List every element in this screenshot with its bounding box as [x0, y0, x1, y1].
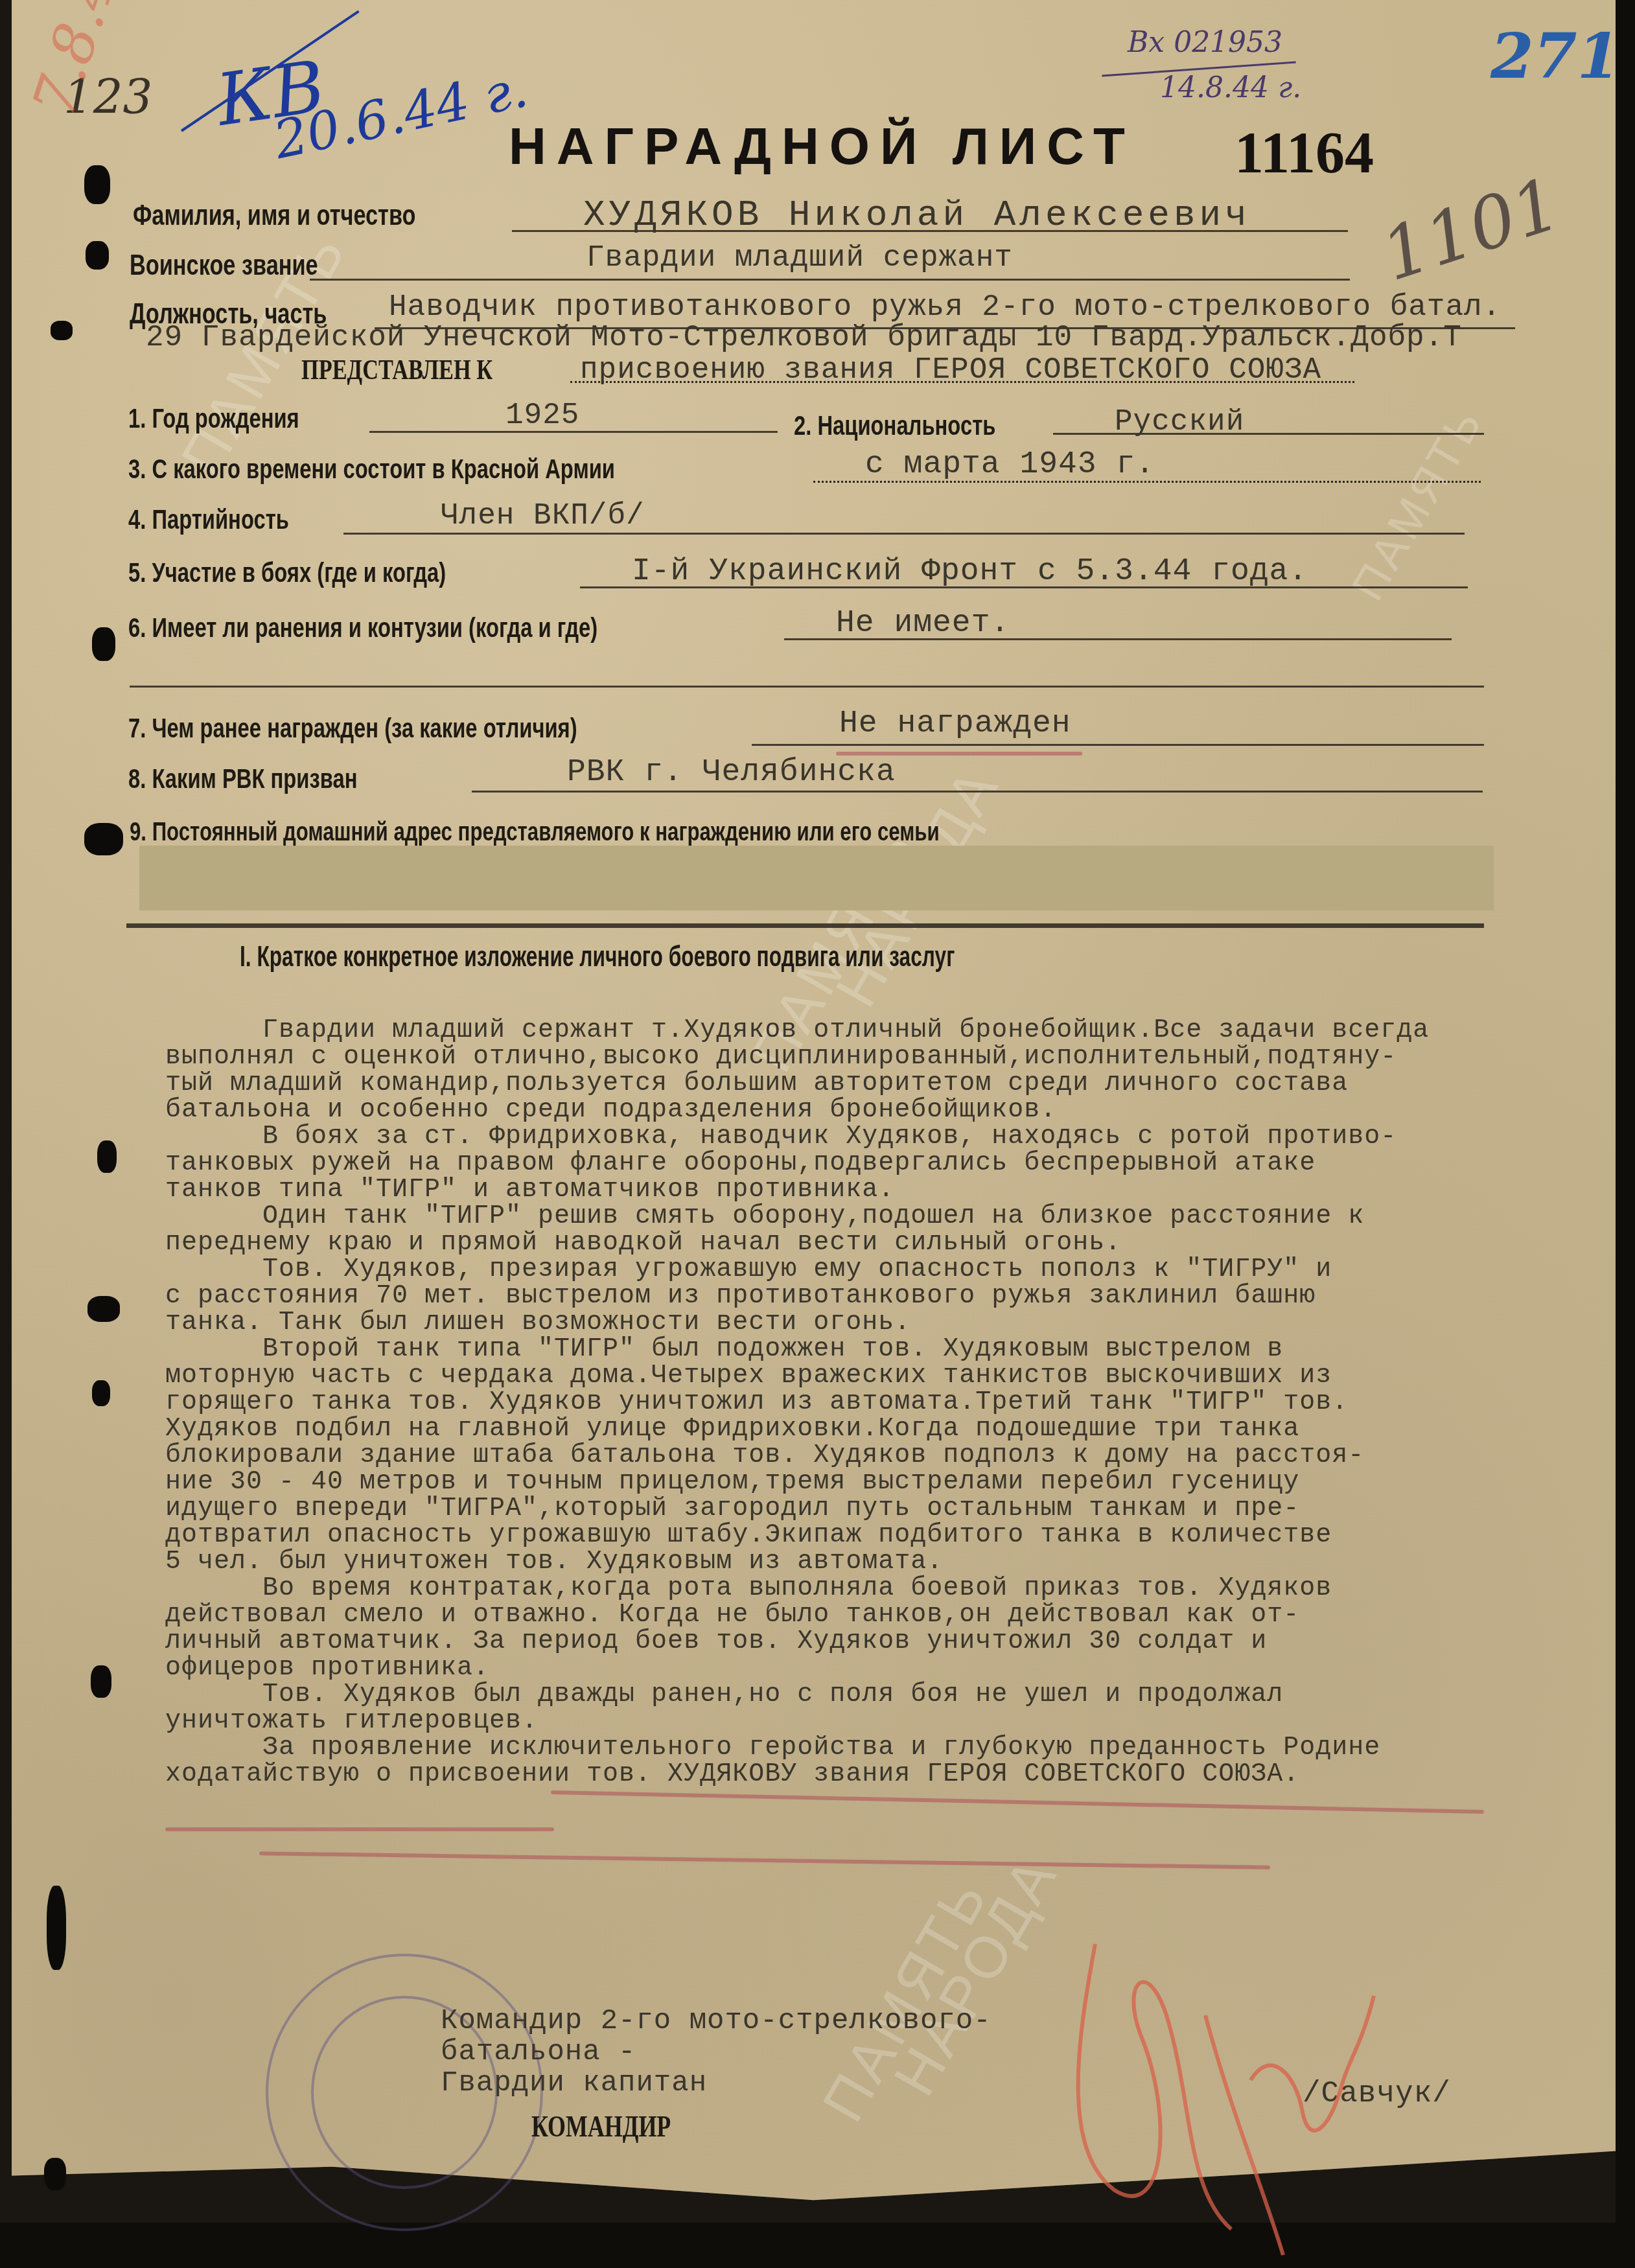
- item-1-value: 1925: [505, 399, 579, 432]
- item-6-label: 6. Имеет ли ранения и контузии (когда и …: [128, 612, 597, 643]
- narrative-line: 5 чел. был уничтожен тов. Худяковым из а…: [165, 1549, 1429, 1575]
- folio-number: 271: [1490, 19, 1620, 93]
- item-8-value: РВК г. Челябинска: [567, 755, 896, 790]
- narrative-line: тый младший командир,пользуется большим …: [165, 1070, 1429, 1097]
- underline: [310, 279, 1350, 281]
- narrative-line: танков типа "ТИГР" и автоматчиков против…: [165, 1177, 1429, 1203]
- narrative-line: переднему краю и прямой наводкой начал в…: [165, 1230, 1429, 1256]
- narrative-line: танка. Танк был лишен возможности вести …: [165, 1310, 1429, 1336]
- binding-hole: [92, 1380, 110, 1406]
- binding-hole: [87, 1296, 120, 1322]
- underline: [752, 744, 1484, 746]
- narrative-line: Худяков подбил на главной улице Фридрихо…: [165, 1416, 1429, 1442]
- nominated-value: присвоению звания ГЕРОЯ СОВЕТСКОГО СОЮЗА: [580, 353, 1321, 387]
- narrative-line: офицеров противника.: [165, 1655, 1429, 1682]
- narrative-line: ние 30 - 40 метров и точным прицелом,тре…: [165, 1469, 1429, 1496]
- item-4-label: 4. Партийность: [128, 504, 289, 535]
- item-3-label: 3. С какого времени состоит в Красной Ар…: [128, 454, 615, 485]
- binding-hole: [84, 823, 123, 855]
- full-name-label: Фамилия, имя и отчество: [133, 200, 416, 232]
- item-8-label: 8. Каким РВК призван: [128, 763, 357, 794]
- narrative-line: блокировали здание штаба батальона тов. …: [165, 1442, 1429, 1469]
- binding-hole: [91, 1665, 111, 1698]
- scan-border-right: [1616, 0, 1635, 2268]
- item-2-value: Русский: [1115, 405, 1244, 439]
- narrative-line: Один танк "ТИГР" решив смять оборону,под…: [165, 1203, 1429, 1230]
- redacted-address: [139, 846, 1494, 910]
- document-number: 11164: [1235, 120, 1374, 187]
- red-underline: [165, 1827, 554, 1831]
- narrative-line: дотвратил опасность угрожавшую штабу.Эки…: [165, 1522, 1429, 1549]
- rank-label: Воинское звание: [130, 249, 318, 282]
- narrative-line: В боях за ст. Фридриховка, наводчик Худя…: [165, 1124, 1429, 1150]
- item-7-value: Не награжден: [839, 706, 1071, 741]
- section-divider: [126, 923, 1484, 928]
- narrative-line: танковых ружей на правом фланге обороны,…: [165, 1150, 1429, 1177]
- nominated-label: ПРЕДСТАВЛЕН К: [301, 353, 493, 386]
- narrative-line: с расстояния 70 мет. выстрелом из против…: [165, 1283, 1429, 1310]
- section-heading: I. Краткое конкретное изложение личного …: [240, 941, 955, 973]
- signatory-title: Командир 2-го мото-стрелкового- батальон…: [441, 2006, 991, 2099]
- incoming-number: Вх 021953: [1128, 26, 1282, 59]
- underline: [130, 686, 1484, 688]
- rank-value: Гвардии младший сержант: [586, 241, 1013, 275]
- item-5-value: I-й Украинский Фронт с 5.3.44 года.: [632, 554, 1308, 589]
- item-3-value: с марта 1943 г.: [865, 447, 1155, 482]
- narrative-line: ходатайствую о присвоении тов. ХУДЯКОВУ …: [165, 1761, 1429, 1788]
- binding-hole: [51, 321, 73, 340]
- binding-hole: [47, 1886, 66, 1970]
- narrative-line: моторную часть с чердака дома.Четырех вр…: [165, 1363, 1429, 1389]
- narrative-line: Во время контратак,когда рота выполняла …: [165, 1575, 1429, 1602]
- narrative-line: личный автоматчик. За период боев тов. Х…: [165, 1628, 1429, 1655]
- narrative-line: Тов. Худяков был дважды ранен,но с поля …: [165, 1682, 1429, 1708]
- narrative-line: идущего впереди "ТИГРА",который загороди…: [165, 1496, 1429, 1522]
- binding-hole: [44, 2158, 66, 2190]
- narrative-line: батальона и особенно среди подразделения…: [165, 1097, 1429, 1124]
- item-6-value: Не имеет.: [836, 606, 1010, 641]
- full-name-value: ХУДЯКОВ Николай Алексеевич: [583, 194, 1251, 236]
- position-value-line2: 29 Гвардейской Унечской Мото-Стрелковой …: [146, 321, 1462, 354]
- incoming-date: 14.8.44 г.: [1160, 71, 1301, 104]
- binding-hole: [92, 627, 115, 661]
- red-signature: [1037, 1918, 1426, 2268]
- item-9-label: 9. Постоянный домашний адрес представляе…: [130, 818, 940, 847]
- binding-hole: [86, 241, 109, 270]
- document-title: НАГРАДНОЙ ЛИСТ: [509, 117, 1135, 176]
- position-value-line1: Наводчик противотанкового ружья 2-го мот…: [389, 290, 1501, 324]
- narrative-line: уничтожать гитлеровцев.: [165, 1708, 1429, 1735]
- underline: [343, 533, 1465, 535]
- item-4-value: Член ВКП/б/: [441, 499, 645, 533]
- binding-hole: [84, 165, 110, 204]
- item-5-label: 5. Участие в боях (где и когда): [128, 557, 446, 588]
- item-1-label: 1. Год рождения: [128, 403, 299, 434]
- item-7-label: 7. Чем ранее награжден (за какие отличия…: [128, 713, 577, 744]
- narrative-text: Гвардии младший сержант т.Худяков отличн…: [165, 1017, 1429, 1788]
- underline: [472, 791, 1483, 793]
- narrative-line: выполнял с оценкой отлично,высоко дисцип…: [165, 1044, 1429, 1070]
- narrative-line: Второй танк типа "ТИГР" был подожжен тов…: [165, 1336, 1429, 1363]
- narrative-line: Гвардии младший сержант т.Худяков отличн…: [165, 1017, 1429, 1044]
- narrative-line: За проявление исключительного геройства …: [165, 1735, 1429, 1761]
- narrative-line: горящего танка тов. Худяков уничтожил из…: [165, 1389, 1429, 1416]
- narrative-line: действовал смело и отважно. Когда не был…: [165, 1602, 1429, 1628]
- item-2-label: 2. Национальность: [794, 410, 995, 441]
- narrative-line: Тов. Худяков, презирая угрожавшую ему оп…: [165, 1256, 1429, 1283]
- binding-hole: [97, 1140, 117, 1173]
- stamp-word: КОМАНДИР: [531, 2109, 671, 2144]
